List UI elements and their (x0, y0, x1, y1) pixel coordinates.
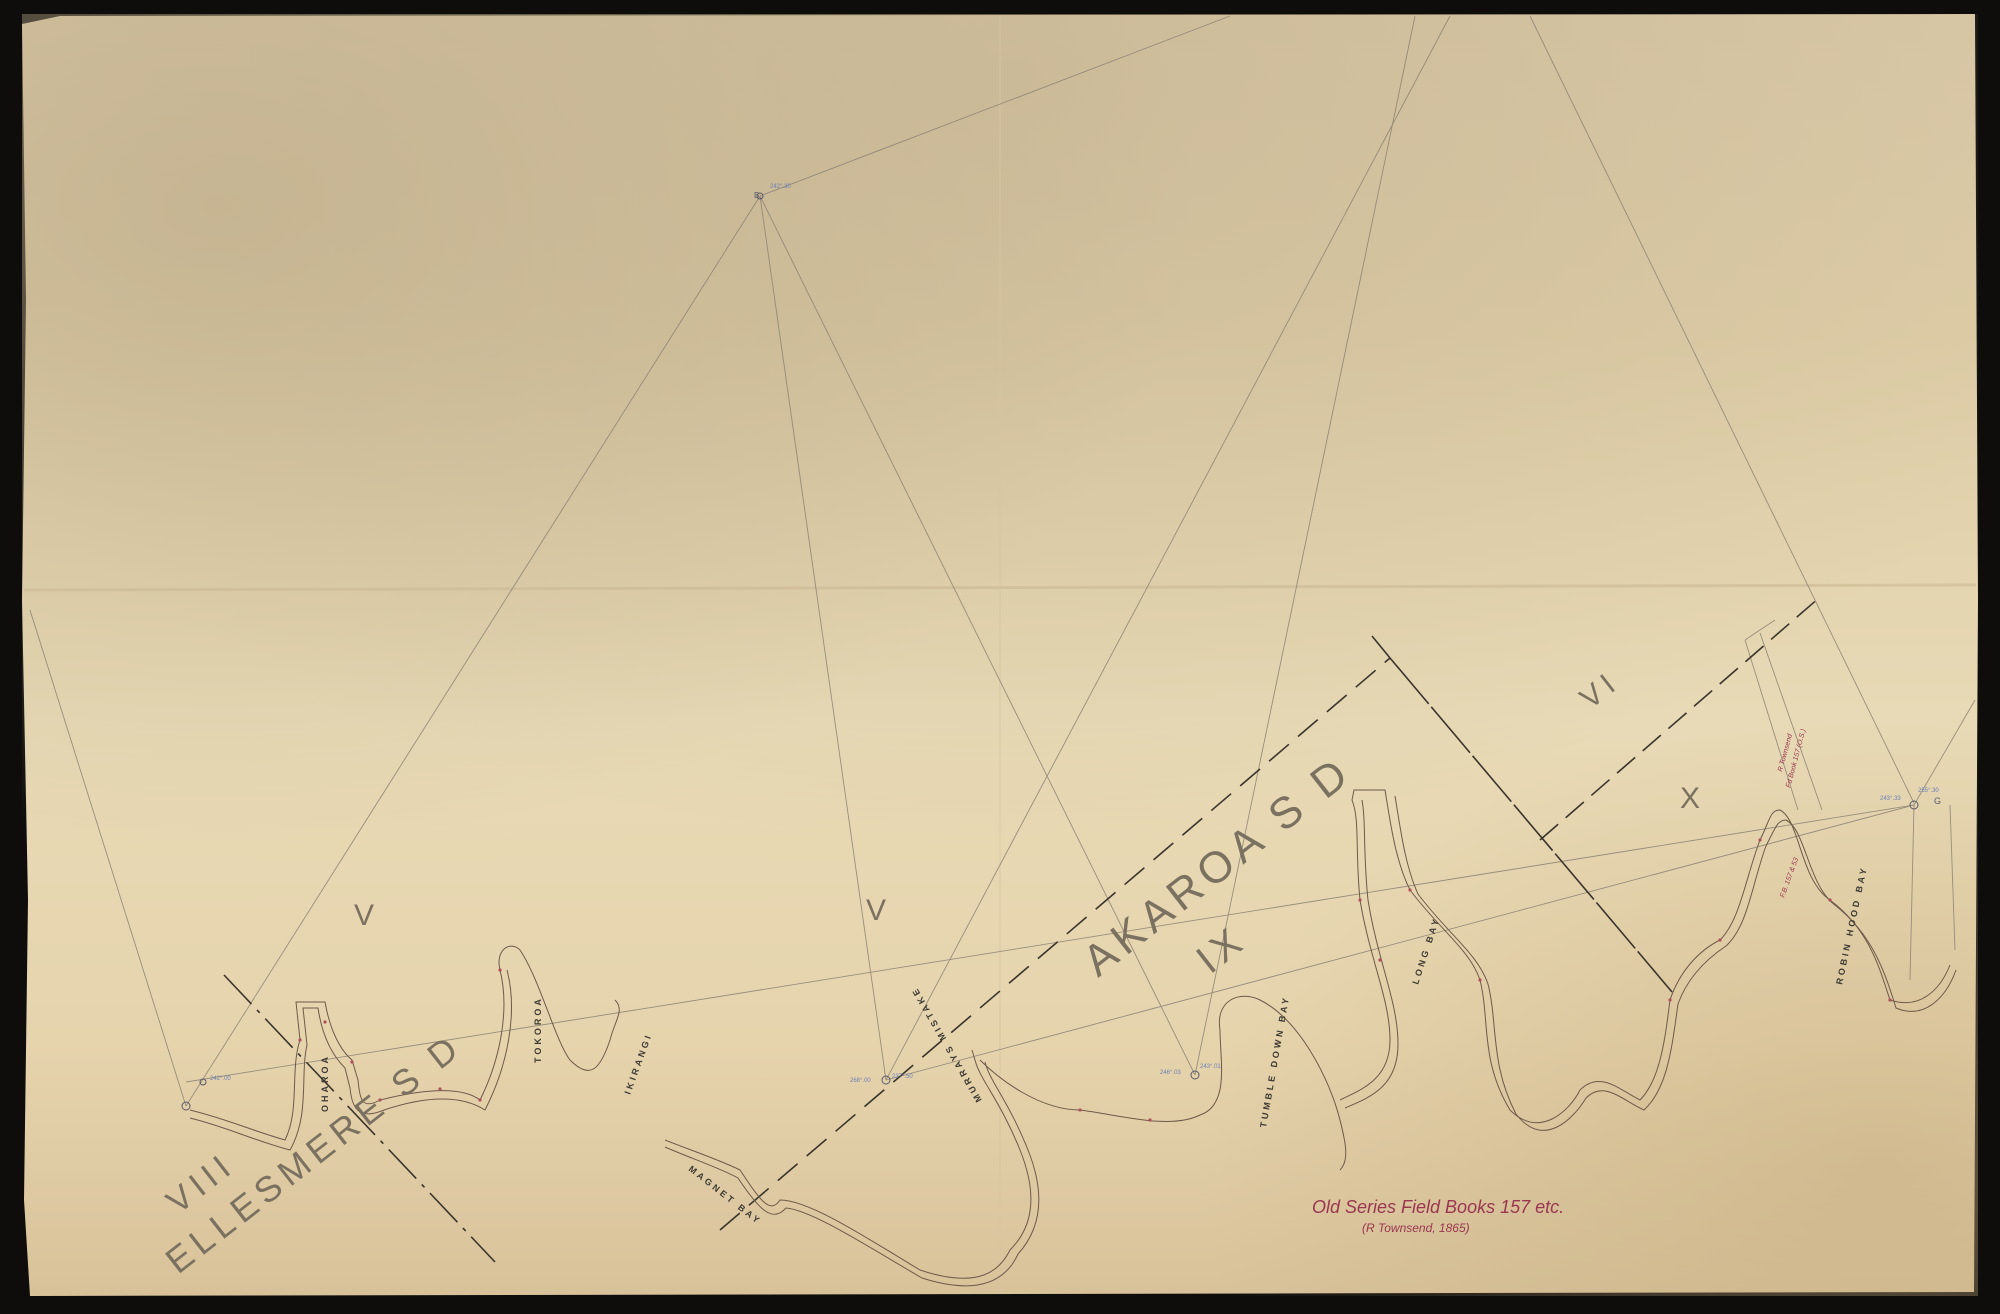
svg-text:242°.30: 242°.30 (770, 184, 791, 190)
survey-map-canvas: 242°.00 268°.00 237°.50 246°.03 243°.01 … (0, 0, 2000, 1314)
svg-text:246°.03: 246°.03 (1160, 1070, 1181, 1076)
map-author-note: (R Townsend, 1865) (1362, 1221, 1470, 1235)
svg-text:255°.30: 255°.30 (1918, 788, 1939, 794)
label-v-center: V (866, 894, 892, 927)
station-g-label: G (1934, 796, 1941, 806)
label-x: X (1680, 782, 1706, 815)
survey-map-sheet: 242°.00 268°.00 237°.50 246°.03 243°.01 … (0, 0, 2000, 1314)
svg-text:243°.01: 243°.01 (1200, 1064, 1221, 1070)
label-v-left: V (354, 899, 380, 932)
place-tokoroa: TOKOROA (533, 996, 543, 1063)
svg-text:242°.00: 242°.00 (210, 1076, 231, 1082)
map-title-note: Old Series Field Books 157 etc. (1312, 1197, 1564, 1217)
svg-text:237°.50: 237°.50 (892, 1074, 913, 1080)
paper (22, 14, 1978, 1296)
station-b-label: B (754, 191, 759, 200)
place-oharoa: OHAROA (320, 1054, 330, 1112)
svg-text:243°.33: 243°.33 (1880, 796, 1901, 802)
svg-text:268°.00: 268°.00 (850, 1078, 871, 1084)
